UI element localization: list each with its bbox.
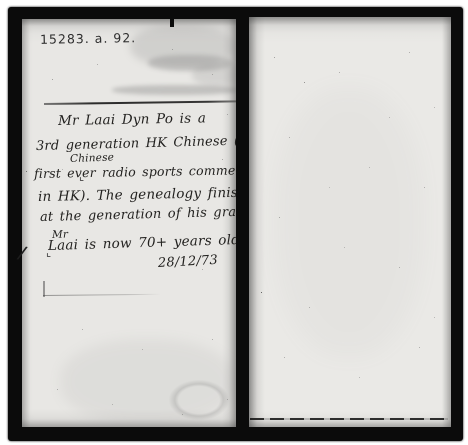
top-border-notch: [170, 19, 174, 27]
scan-smudge: [130, 25, 235, 67]
scan-smudge: [274, 87, 424, 357]
scan-smudge: [60, 339, 235, 424]
note-line-1: Mr Laai Dyn Po is a: [58, 110, 206, 129]
note-line-3: first ever radio sports commentator: [34, 162, 236, 181]
note-box-bottom-rule: [43, 294, 161, 296]
scan-smudge: [112, 85, 236, 95]
scanned-document-image: 15283. a. 92. Mr Laai Dyn Po is a 3rd ge…: [0, 0, 468, 445]
note-line-4: in HK). The genealogy finishes: [38, 184, 236, 205]
note-box-top-rule: [44, 100, 236, 104]
scan-smudge: [192, 64, 236, 86]
left-page: 15283. a. 92. Mr Laai Dyn Po is a 3rd ge…: [22, 19, 236, 427]
scan-speckles: [22, 19, 23, 20]
note-insertion-chinese: Chinese: [70, 151, 115, 165]
shelfmark-text: 15283. a. 92.: [40, 30, 136, 47]
scan-speckles: [249, 17, 250, 18]
right-page: [249, 17, 451, 427]
scan-smudge: [148, 55, 232, 71]
note-line-6: Laai is now 70+ years old.: [48, 232, 236, 254]
scan-watermark-ring: [160, 374, 236, 426]
note-date: 28/12/73: [158, 253, 219, 271]
right-page-bottom-rule: [250, 418, 448, 420]
note-line-2: 3rd generation HK Chinese (the: [36, 133, 236, 154]
note-line-5: at the generation of his grandfather.: [40, 203, 236, 225]
